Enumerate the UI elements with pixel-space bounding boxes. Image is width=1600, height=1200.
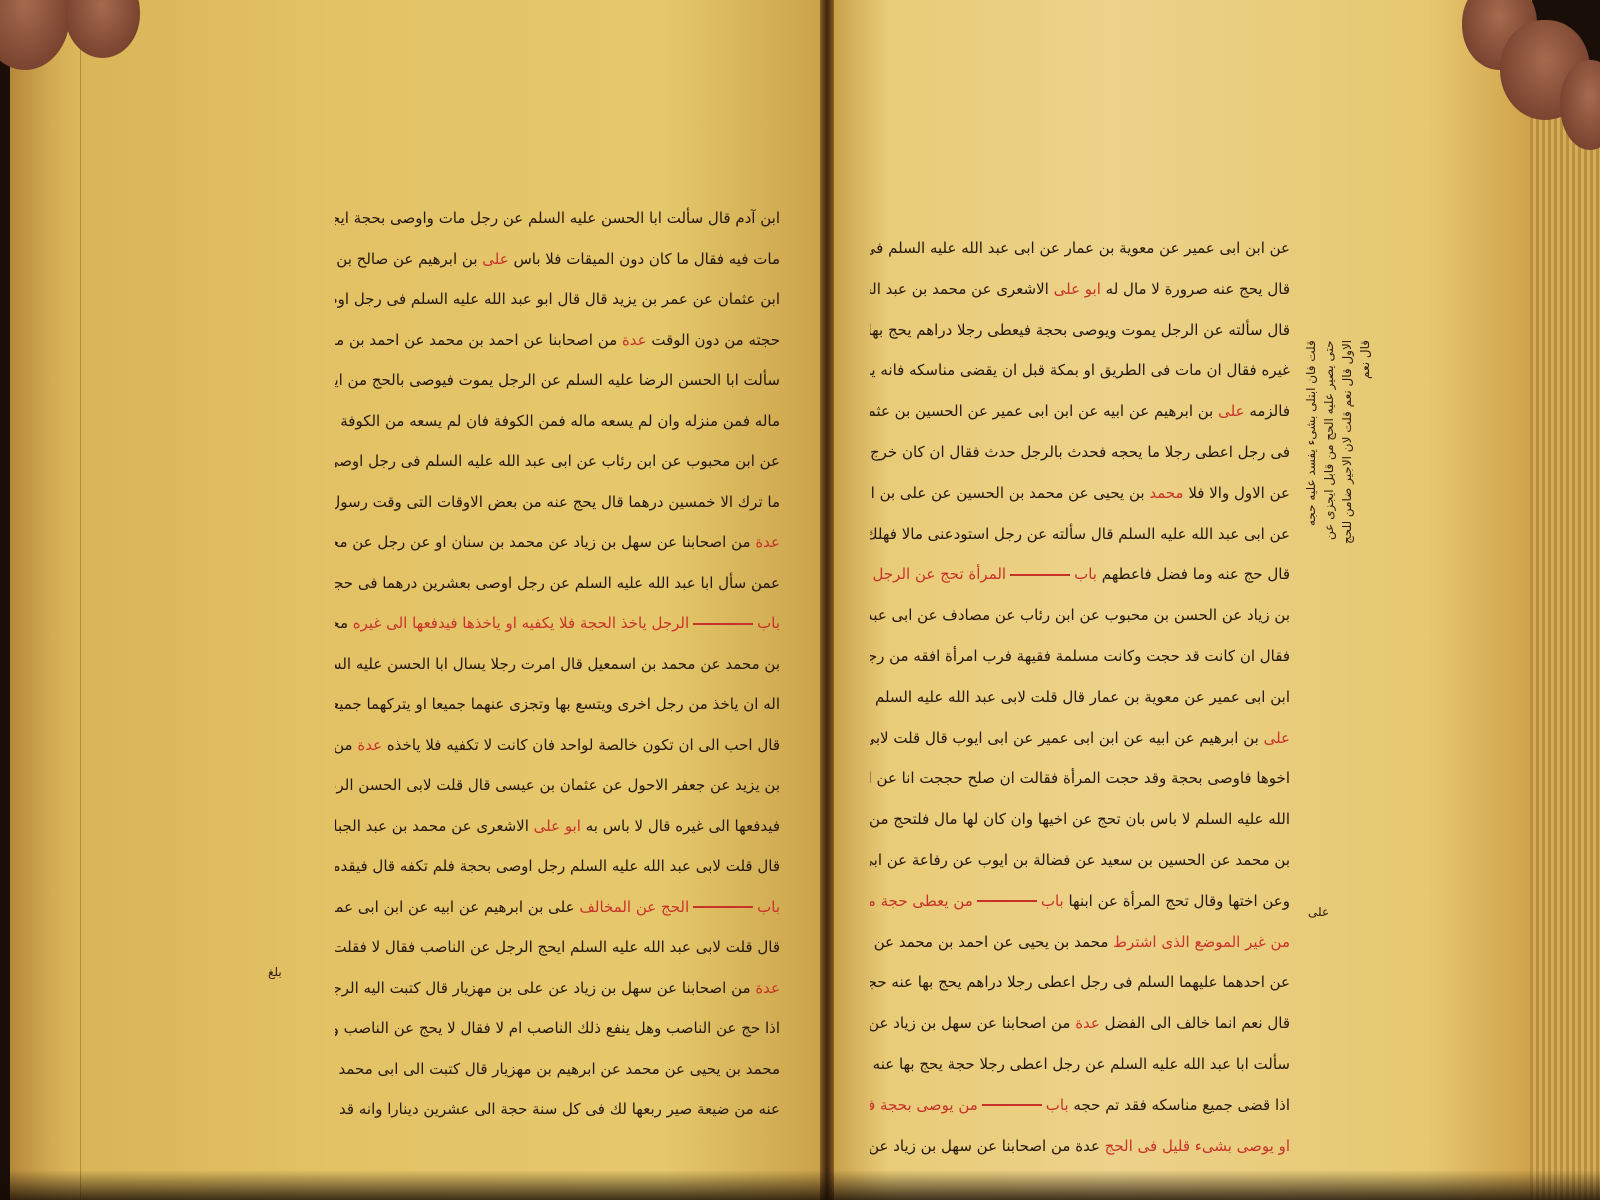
rubric-text: باب: [1046, 1096, 1069, 1114]
body-text: بن ابرهيم عن ابيه عن ابن ابى عمير عن الح…: [870, 402, 1218, 420]
body-text: وعن اختها وقال تحج المرأة عن ابنها: [1064, 892, 1290, 910]
text-line: محمد بن يحيى عن محمد عن ابرهيم بن مهزيار…: [335, 1049, 780, 1090]
rubric-text: عدة: [755, 533, 780, 551]
body-text: بن محمد عن محمد بن اسمعيل قال امرت رجلا …: [335, 655, 780, 673]
text-line: اذا حج عن الناصب وهل ينفع ذلك الناصب ام …: [335, 1008, 780, 1049]
text-line: اله ان ياخذ من رجل اخرى ويتسع بها وتجزى …: [335, 684, 780, 725]
text-line: قال نعم انما خالف الى الفضل عدة من اصحاب…: [870, 1003, 1290, 1044]
rubric-text: على: [1218, 402, 1244, 420]
body-text: فى رجل اعطى رجلا ما يحجه فحدث بالرجل حدث…: [870, 443, 1290, 461]
rubric-text: من يوصى بحجة فيحج عنه من غير موضعه: [870, 1096, 978, 1114]
body-text: من اصحابنا عن سهل بن زياد عن محمد بن سنا…: [335, 533, 755, 551]
text-line: ابن ابى عمير عن معوية بن عمار قال قلت لا…: [870, 677, 1290, 718]
text-line: فقال ان كانت قد حجت وكانت مسلمة فقيهة فر…: [870, 636, 1290, 677]
body-text: بن ابرهيم عن صالح بن السندى عن جعفر بن ب…: [335, 250, 482, 268]
text-line: قال قلت لابى عبد الله عليه السلم ايحج ال…: [335, 927, 780, 968]
body-text: ماله فمن منزله وان لم يسعه ماله فمن الكو…: [335, 412, 780, 430]
body-text: عن ابى عبد الله عليه السلم قال سألته عن …: [870, 525, 1290, 543]
text-line: سألت ابا عبد الله عليه السلم عن رجل اعطى…: [870, 1044, 1290, 1085]
body-text: من اصحابنا عن سهل بن زياد عن على بن مهزي…: [335, 979, 755, 997]
body-text: محمد بن يحيى عن احمد بن محمد عن ابن محبو…: [870, 933, 1113, 951]
manuscript-spread: ابن آدم قال سألت ابا الحسن عليه السلم عن…: [0, 0, 1600, 1200]
rubric-dash: [693, 623, 753, 625]
text-line: بن زياد عن الحسن بن محبوب عن ابن رئاب عن…: [870, 595, 1290, 636]
rubric-text: باب: [1074, 565, 1097, 583]
rubric-text: باب: [1041, 892, 1064, 910]
body-text: فيدفعها الى غيره قال لا باس به: [581, 817, 780, 835]
body-text: قال قلت لابى عبد الله عليه السلم ايحج ال…: [335, 938, 780, 956]
body-text: ابن ابى عمير عن معوية بن عمار قال قلت لا…: [870, 688, 1290, 706]
text-line: ابن آدم قال سألت ابا الحسن عليه السلم عن…: [335, 198, 780, 239]
text-line: مات فيه فقال ما كان دون الميقات فلا باس …: [335, 239, 780, 280]
rubric-text: المرأة تحج عن الرجل: [873, 565, 1007, 583]
body-text: عن ابن محبوب عن ابن رئاب عن ابى عبد الله…: [335, 452, 780, 470]
rubric-text: عدة: [622, 331, 647, 349]
text-line: فى رجل اعطى رجلا ما يحجه فحدث بالرجل حدث…: [870, 432, 1290, 473]
text-line: ماله فمن منزله وان لم يسعه ماله فمن الكو…: [335, 401, 780, 442]
body-text: بن زياد عن الحسن بن محبوب عن ابن رئاب عن…: [870, 606, 1290, 624]
body-text: ابن عثمان عن عمر بن يزيد قال قال ابو عبد…: [335, 290, 780, 308]
rubric-text: ابو على: [1054, 280, 1101, 298]
text-line: عن الاول والا فلا محمد بن يحيى عن محمد ب…: [870, 473, 1290, 514]
body-text: اخوها فاوصى بحجة وقد حجت المرأة فقالت ان…: [870, 769, 1290, 787]
text-line: عن ابن محبوب عن ابن رئاب عن ابى عبد الله…: [335, 441, 780, 482]
text-line: عن احدهما عليهما السلم فى رجل اعطى رجلا …: [870, 962, 1290, 1003]
body-text: قال نعم انما خالف الى الفضل: [1100, 1014, 1290, 1032]
text-line: اخوها فاوصى بحجة وقد حجت المرأة فقالت ان…: [870, 758, 1290, 799]
text-line: وعن اختها وقال تحج المرأة عن ابنها بابمن…: [870, 881, 1290, 922]
body-text: عن احدهما عليهما السلم فى رجل اعطى رجلا …: [870, 973, 1290, 991]
rubric-text: عدة: [357, 736, 382, 754]
rubric-text: عدة: [1075, 1014, 1100, 1032]
rubric-dash: [1010, 574, 1070, 576]
body-text: اذا قضى جميع مناسكه فقد تم حجه: [1069, 1096, 1290, 1114]
body-text: بن محمد عن الحسين بن سعيد عن فضالة بن اي…: [870, 851, 1290, 869]
rubric-text: على: [482, 250, 508, 268]
body-text: عنه من ضيعة صير ربعها لك فى كل سنة حجة ا…: [335, 1100, 780, 1118]
left-page-text-block: ابن آدم قال سألت ابا الحسن عليه السلم عن…: [335, 198, 780, 1130]
body-text: قال احب الى ان تكون خالصة لواحد فان كانت…: [382, 736, 780, 754]
body-text: حجته من دون الوقت: [647, 331, 780, 349]
text-line: قال قلت لابى عبد الله عليه السلم رجل اوص…: [335, 846, 780, 887]
right-page-fore-edge: [1530, 80, 1600, 1200]
body-text: محمد بن يحيى عن احمد: [335, 614, 353, 632]
text-line: قال يحج عنه صرورة لا مال له ابو على الاش…: [870, 269, 1290, 310]
text-line: قال احب الى ان تكون خالصة لواحد فان كانت…: [335, 725, 780, 766]
body-text: على بن ابرهيم عن ابيه عن ابن ابى عمير عن…: [335, 898, 579, 916]
body-text: مات فيه فقال ما كان دون الميقات فلا باس: [509, 250, 780, 268]
body-text: ما ترك الا خمسين درهما قال يحج عنه من بع…: [335, 493, 780, 511]
rubric-text: من يعطى حجة مفردة فيتمتع او يخرج: [870, 892, 973, 910]
rubric-text: على: [1264, 729, 1290, 747]
body-text: غيره فقال ان مات فى الطريق او بمكة قبل ا…: [870, 361, 1290, 379]
body-text: اله ان ياخذ من رجل اخرى ويتسع بها وتجزى …: [335, 695, 780, 713]
body-text: قال يحج عنه صرورة لا مال له: [1101, 280, 1290, 298]
body-text: من اصحابنا عن سهل بن زياد عن يعقوب: [335, 736, 357, 754]
body-text: الاشعرى عن محمد بن عبد الجبار عن محسن بن…: [335, 817, 534, 835]
body-text: عمن سأل ابا عبد الله عليه السلم عن رجل ا…: [335, 574, 780, 592]
text-line: بن محمد عن الحسين بن سعيد عن فضالة بن اي…: [870, 840, 1290, 881]
text-line: فيدفعها الى غيره قال لا باس به ابو على ا…: [335, 806, 780, 847]
body-text: فقال ان كانت قد حجت وكانت مسلمة فقيهة فر…: [870, 647, 1290, 665]
text-line: اذا قضى جميع مناسكه فقد تم حجه بابمن يوص…: [870, 1085, 1290, 1126]
body-text: سألت ابا الحسن الرضا عليه السلم عن الرجل…: [335, 371, 780, 389]
rubric-text: الرجل ياخذ الحجة فلا يكفيه او ياخذها فيد…: [353, 614, 689, 632]
rubric-text: محمد: [1149, 484, 1183, 502]
text-line: عنه من ضيعة صير ربعها لك فى كل سنة حجة ا…: [335, 1089, 780, 1130]
body-text: فالزمه: [1245, 402, 1290, 420]
body-text: قال سألته عن الرجل يموت ويوصى بحجة فيعطى…: [870, 321, 1290, 339]
body-text: ابن آدم قال سألت ابا الحسن عليه السلم عن…: [335, 209, 780, 227]
body-text: محمد بن يحيى عن محمد عن ابرهيم بن مهزيار…: [335, 1060, 780, 1078]
text-line: قال سألته عن الرجل يموت ويوصى بحجة فيعطى…: [870, 310, 1290, 351]
book-gutter: [820, 0, 834, 1200]
text-line: او يوصى بشىء قليل فى الحج عدة من اصحابنا…: [870, 1126, 1290, 1167]
text-line: فالزمه على بن ابرهيم عن ابيه عن ابن ابى …: [870, 391, 1290, 432]
body-text: الله عليه السلم لا باس بان تحج عن اخيها …: [870, 810, 1290, 828]
rubric-text: عدة: [755, 979, 780, 997]
body-text: من اصحابنا عن احمد بن محمد عن احمد بن مح…: [335, 331, 622, 349]
body-text: من اصحابنا عن سهل بن زياد عن ابن محبوب ع…: [870, 1014, 1075, 1032]
text-line: عمن سأل ابا عبد الله عليه السلم عن رجل ا…: [335, 563, 780, 604]
right-page-text-block: عن ابن ابى عمير عن معوية بن عمار عن ابى …: [870, 228, 1290, 1166]
text-line: غيره فقال ان مات فى الطريق او بمكة قبل ا…: [870, 350, 1290, 391]
body-text: اذا حج عن الناصب وهل ينفع ذلك الناصب ام …: [335, 1019, 780, 1037]
text-line: عدة من اصحابنا عن سهل بن زياد عن على بن …: [335, 968, 780, 1009]
body-text: عن ابن ابى عمير عن معوية بن عمار عن ابى …: [870, 239, 1290, 257]
body-text: عدة من اصحابنا عن سهل بن زياد عن احمد بن…: [870, 1137, 1105, 1155]
rubric-dash: [693, 906, 753, 908]
rubric-text: باب: [757, 898, 780, 916]
bottom-shadow: [0, 1170, 1600, 1200]
rubric-text: او يوصى بشىء قليل فى الحج: [1105, 1137, 1290, 1155]
text-line: الله عليه السلم لا باس بان تحج عن اخيها …: [870, 799, 1290, 840]
text-line: سألت ابا الحسن الرضا عليه السلم عن الرجل…: [335, 360, 780, 401]
body-text: بن يزيد عن جعفر الاحول عن عثمان بن عيسى …: [335, 776, 780, 794]
text-line: بن محمد عن محمد بن اسمعيل قال امرت رجلا …: [335, 644, 780, 685]
rubric-dash: [977, 900, 1037, 902]
text-line: عن ابن ابى عمير عن معوية بن عمار عن ابى …: [870, 228, 1290, 269]
text-line: ابن عثمان عن عمر بن يزيد قال قال ابو عبد…: [335, 279, 780, 320]
text-line: حجته من دون الوقت عدة من اصحابنا عن احمد…: [335, 320, 780, 361]
text-line: من غير الموضع الذى اشترط محمد بن يحيى عن…: [870, 922, 1290, 963]
left-page-margin-note: بلغ: [268, 965, 282, 979]
body-text: الاشعرى عن محمد بن عبد الجبار عن صفوان ب…: [870, 280, 1054, 298]
rubric-text: ابو على: [534, 817, 581, 835]
text-line: قال حج عنه وما فضل فاعطهم بابالمرأة تحج …: [870, 554, 1290, 595]
body-text: قال قلت لابى عبد الله عليه السلم رجل اوص…: [335, 857, 780, 875]
body-text: سألت ابا عبد الله عليه السلم عن رجل اعطى…: [870, 1055, 1290, 1073]
text-line: عدة من اصحابنا عن سهل بن زياد عن محمد بن…: [335, 522, 780, 563]
text-line: ما ترك الا خمسين درهما قال يحج عنه من بع…: [335, 482, 780, 523]
text-line: بن يزيد عن جعفر الاحول عن عثمان بن عيسى …: [335, 765, 780, 806]
body-text: عن الاول والا فلا: [1184, 484, 1290, 502]
right-page-margin-note: قلت فان ابتلى بشىء يفسد عليه حجه حتى يصي…: [1302, 340, 1362, 550]
text-line: بابالرجل ياخذ الحجة فلا يكفيه او ياخذها …: [335, 603, 780, 644]
rubric-text: باب: [757, 614, 780, 632]
text-line: بابالحج عن المخالف على بن ابرهيم عن ابيه…: [335, 887, 780, 928]
right-page-margin-small: على: [1308, 905, 1329, 919]
rubric-text: الحج عن المخالف: [579, 898, 689, 916]
left-page-edge: [10, 0, 81, 1200]
text-line: على بن ابرهيم عن ابيه عن ابن ابى عمير عن…: [870, 718, 1290, 759]
rubric-text: من غير الموضع الذى اشترط: [1113, 933, 1290, 951]
body-text: بن ابرهيم عن ابيه عن ابن ابى عمير عن ابى…: [870, 729, 1264, 747]
body-text: بن يحيى عن محمد بن الحسين عن على بن النع…: [870, 484, 1149, 502]
body-text: قال حج عنه وما فضل فاعطهم: [1097, 565, 1290, 583]
text-line: عن ابى عبد الله عليه السلم قال سألته عن …: [870, 514, 1290, 555]
rubric-dash: [982, 1104, 1042, 1106]
